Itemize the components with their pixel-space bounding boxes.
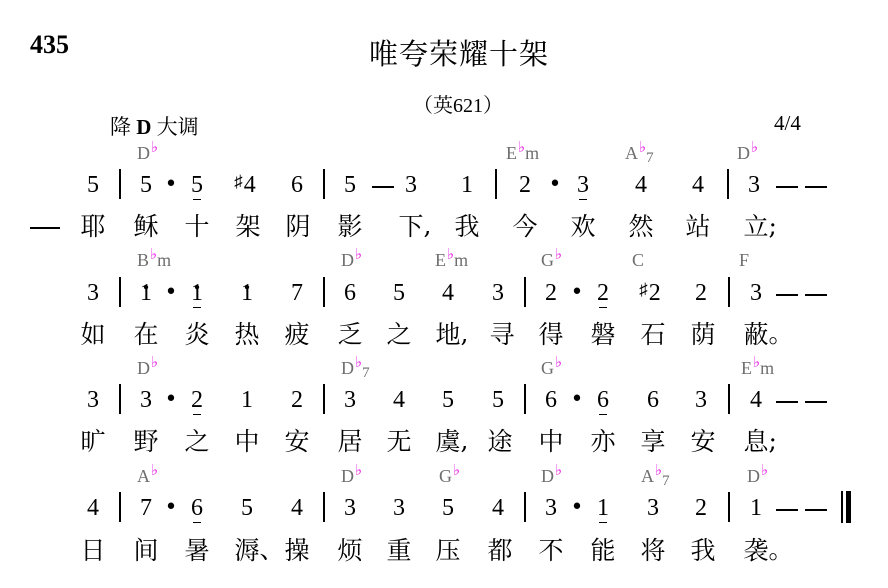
lyric-punctuation: 。 xyxy=(769,535,794,565)
note-digit: 3 xyxy=(344,387,356,413)
chord-quality: 7 xyxy=(646,150,654,166)
octave-dot-icon: ● xyxy=(244,274,250,302)
lyric-syllable: 炎 xyxy=(184,320,209,350)
note: 1 xyxy=(241,386,253,414)
note: 5 xyxy=(191,171,203,199)
note-digit: 4 xyxy=(291,495,303,521)
note: 2 xyxy=(695,494,707,522)
note: 5 xyxy=(442,386,454,414)
note-digit: 5 xyxy=(442,387,454,413)
lyric-char: 炎 xyxy=(184,320,209,349)
note: 5 xyxy=(492,386,504,414)
lyric-syllable: 安 xyxy=(284,427,309,457)
flat-icon: ♭ xyxy=(151,355,158,371)
lyric-syllable: 压 xyxy=(435,536,460,566)
note-digit: 7 xyxy=(140,495,152,521)
lyric-punctuation: , xyxy=(424,211,432,241)
extension-dash xyxy=(805,401,827,403)
chord-root: B xyxy=(137,250,149,270)
note-digit: 3 xyxy=(577,172,589,198)
chord-quality: m xyxy=(157,250,171,270)
lyric-syllable: 之 xyxy=(386,320,411,350)
lyric-char: 今 xyxy=(512,212,537,241)
bar-line xyxy=(119,384,121,414)
lyric-char: 暑 xyxy=(184,536,209,565)
extension-dash xyxy=(805,186,827,188)
lyric-punctuation: , xyxy=(461,426,469,456)
note-digit: 4 xyxy=(244,172,256,198)
chord-root: G xyxy=(541,358,554,378)
chord-root: D xyxy=(737,143,750,163)
flat-icon: ♭ xyxy=(751,140,758,156)
bar-line xyxy=(119,492,121,522)
augmentation-dot: • xyxy=(165,171,178,199)
lyric-char: 间 xyxy=(133,536,158,565)
note: 6 xyxy=(291,171,303,199)
note-digit: 2 xyxy=(695,280,707,306)
note-digit: 6 xyxy=(191,495,203,521)
lyric-char: 地, xyxy=(435,320,460,349)
lyric-char: 热 xyxy=(234,320,259,349)
lyric-syllable: 不 xyxy=(538,536,563,566)
chord-root: D xyxy=(541,466,554,486)
note: 5 xyxy=(442,494,454,522)
note: 6 xyxy=(344,279,356,307)
lyric-char: 乏 xyxy=(337,320,362,349)
chord-symbol: G♭ xyxy=(541,358,562,379)
note: 5 xyxy=(393,279,405,307)
note-digit: 1 xyxy=(461,172,473,198)
note: 2 xyxy=(597,279,609,307)
augmentation-dot: • xyxy=(571,386,584,414)
lyric-syllable: 重 xyxy=(386,536,411,566)
note: 4 xyxy=(87,494,99,522)
note: 4 xyxy=(635,171,647,199)
lyric-char: 能 xyxy=(590,536,615,565)
note: 4 xyxy=(692,171,704,199)
bar-line xyxy=(727,169,729,199)
bar-line xyxy=(524,277,526,307)
note: 3 xyxy=(695,386,707,414)
chord-symbol: A♭ xyxy=(137,466,158,487)
lyric-char: 欢 xyxy=(570,212,595,241)
note-digit: 6 xyxy=(344,280,356,306)
sharp-icon: ♯ xyxy=(639,280,648,299)
lyric-syllable: 下, xyxy=(398,212,423,242)
note: 4 xyxy=(492,494,504,522)
chord-root: E xyxy=(435,250,446,270)
note-digit: 1● xyxy=(140,280,152,306)
note: 7 xyxy=(140,494,152,522)
augmentation-dot: • xyxy=(165,279,178,307)
lyric-char: 我 xyxy=(690,536,715,565)
note-digit: 3 xyxy=(393,495,405,521)
note: 4 xyxy=(291,494,303,522)
lyric-char: 影 xyxy=(337,212,362,241)
lyric-punctuation: ; xyxy=(769,426,777,456)
lyric-syllable: 稣 xyxy=(133,212,158,242)
note: 3 xyxy=(647,494,659,522)
bar-line xyxy=(728,384,730,414)
chord-symbol: D♭ xyxy=(341,250,362,271)
lyric-char: 重 xyxy=(386,536,411,565)
flat-icon: ♭ xyxy=(555,355,562,371)
lyric-char: 得 xyxy=(538,320,563,349)
note: 3 xyxy=(577,171,589,199)
lyric-punctuation: 、 xyxy=(260,535,285,565)
bar-line xyxy=(524,492,526,522)
note: 1 xyxy=(597,494,609,522)
note-digit: 1 xyxy=(597,495,609,521)
note: 3 xyxy=(344,386,356,414)
lyric-syllable: 都 xyxy=(487,536,512,566)
hymn-title: 唯夸荣耀十架 xyxy=(0,32,888,73)
lyric-char: 磐 xyxy=(590,320,615,349)
chord-symbol: D♭ xyxy=(747,466,768,487)
lyric-syllable: 能 xyxy=(590,536,615,566)
lyric-char: 袭。 xyxy=(743,536,768,565)
flat-icon: ♭ xyxy=(151,140,158,156)
lyric-char: 压 xyxy=(435,536,460,565)
note-digit: 5 xyxy=(87,172,99,198)
lyric-syllable: 享 xyxy=(640,427,665,457)
note: 3 xyxy=(140,386,152,414)
lyric-char: 旷 xyxy=(80,427,105,456)
lyric-char: 稣 xyxy=(133,212,158,241)
extension-dash xyxy=(805,294,827,296)
lyric-char: 如 xyxy=(80,320,105,349)
note: 6 xyxy=(191,494,203,522)
lyric-syllable: 耶 xyxy=(80,212,105,242)
chord-root: D xyxy=(137,358,150,378)
final-barline-thick xyxy=(846,491,851,523)
lyric-char: 野 xyxy=(133,427,158,456)
flat-icon: ♭ xyxy=(753,355,760,371)
lyric-syllable: 暑 xyxy=(184,536,209,566)
chord-symbol: D♭7 xyxy=(341,358,370,379)
note-digit: 3 xyxy=(344,495,356,521)
note: 3 xyxy=(87,279,99,307)
augmentation-dot: • xyxy=(165,494,178,522)
chord-root: D xyxy=(341,250,354,270)
note: 6 xyxy=(597,386,609,414)
lyric-syllable: 溽、 xyxy=(234,536,259,566)
note-digit: 2 xyxy=(597,280,609,306)
chord-symbol: F xyxy=(739,250,749,271)
flat-icon: ♭ xyxy=(447,247,454,263)
lyric-syllable: 架 xyxy=(235,212,260,242)
lyric-syllable: 今 xyxy=(512,212,537,242)
note-digit: 3 xyxy=(87,280,99,306)
lyric-char: 耶 xyxy=(80,212,105,241)
chord-root: G xyxy=(439,466,452,486)
note-digit: 5 xyxy=(191,172,203,198)
lyric-syllable: 中 xyxy=(538,427,563,457)
note: 5 xyxy=(140,171,152,199)
lyric-char: 之 xyxy=(386,320,411,349)
lyric-char: 烦 xyxy=(337,536,362,565)
note-digit: 4 xyxy=(692,172,704,198)
bar-line xyxy=(119,277,121,307)
note: ♯2 xyxy=(639,279,661,309)
note: 2 xyxy=(695,279,707,307)
lyric-char: 安 xyxy=(690,427,715,456)
note-digit: 4 xyxy=(635,172,647,198)
chord-root: C xyxy=(632,250,644,270)
lyric-syllable: 站 xyxy=(685,212,710,242)
key-signature: 降 D 大调 xyxy=(110,111,199,141)
note-digit: 4 xyxy=(492,495,504,521)
lyric-syllable: 操 xyxy=(284,536,309,566)
lyric-char: 阴 xyxy=(285,212,310,241)
bar-line xyxy=(728,492,730,522)
lyric-syllable: 荫 xyxy=(690,320,715,350)
bar-line xyxy=(323,169,325,199)
lyric-syllable: 蔽。 xyxy=(743,320,768,350)
lyric-char: 站 xyxy=(685,212,710,241)
lyric-punctuation: 。 xyxy=(769,319,794,349)
lyric-syllable: 间 xyxy=(133,536,158,566)
note-digit: 3 xyxy=(87,387,99,413)
lyric-syllable: 热 xyxy=(234,320,259,350)
note-digit: 1 xyxy=(241,387,253,413)
lyric-char: 虞, xyxy=(435,427,460,456)
lyric-char: 无 xyxy=(386,427,411,456)
note-digit: 3 xyxy=(750,280,762,306)
key-letter: D xyxy=(136,115,151,139)
lyric-char: 架 xyxy=(235,212,260,241)
extension-dash xyxy=(776,186,798,188)
chord-symbol: D♭ xyxy=(541,466,562,487)
lyric-syllable: 安 xyxy=(690,427,715,457)
note: 2 xyxy=(519,171,531,199)
flat-icon: ♭ xyxy=(555,463,562,479)
note-digit: 2 xyxy=(695,495,707,521)
augmentation-dot: • xyxy=(571,494,584,522)
flat-icon: ♭ xyxy=(453,463,460,479)
lyric-char: 蔽。 xyxy=(743,320,768,349)
lyric-syllable: 旷 xyxy=(80,427,105,457)
lyric-char: 下, xyxy=(398,212,423,241)
note-digit: 6 xyxy=(545,387,557,413)
chord-symbol: D♭ xyxy=(737,143,758,164)
lyric-punctuation: ; xyxy=(769,211,777,241)
note: 7 xyxy=(291,279,303,307)
chord-quality: 7 xyxy=(662,473,670,489)
flat-icon: ♭ xyxy=(518,140,525,156)
note: 5 xyxy=(241,494,253,522)
lyric-char: 荫 xyxy=(690,320,715,349)
note-digit: 3 xyxy=(695,387,707,413)
note: 1 xyxy=(461,171,473,199)
lyric-syllable: 无 xyxy=(386,427,411,457)
lyric-char: 都 xyxy=(487,536,512,565)
lyric-syllable: 欢 xyxy=(570,212,595,242)
lyric-syllable: 途 xyxy=(487,427,512,457)
note-digit: 6 xyxy=(647,387,659,413)
note: 3 xyxy=(545,494,557,522)
lyric-char: 操 xyxy=(284,536,309,565)
flat-icon: ♭ xyxy=(355,463,362,479)
bar-line xyxy=(119,169,121,199)
lyric-char: 然 xyxy=(628,212,653,241)
chord-symbol: B♭m xyxy=(137,250,171,271)
lyric-char: 息; xyxy=(743,427,768,456)
flat-icon: ♭ xyxy=(555,247,562,263)
lyric-char: 中 xyxy=(234,427,259,456)
note: 3 xyxy=(87,386,99,414)
augmentation-dot: • xyxy=(165,386,178,414)
lyric-char: 寻 xyxy=(489,320,514,349)
lyric-syllable: 十 xyxy=(184,212,209,242)
lyric-syllable: 息; xyxy=(743,427,768,457)
lyric-syllable: 如 xyxy=(80,320,105,350)
lyric-char: 享 xyxy=(640,427,665,456)
lyric-syllable: 石 xyxy=(640,320,665,350)
lyric-char: 疲 xyxy=(284,320,309,349)
octave-dot-icon: ● xyxy=(194,274,200,302)
note: 2 xyxy=(291,386,303,414)
augmentation-dot: • xyxy=(549,171,562,199)
octave-dot-icon: ● xyxy=(143,274,149,302)
lyric-char: 十 xyxy=(184,212,209,241)
chord-symbol: D♭ xyxy=(341,466,362,487)
extension-dash xyxy=(776,294,798,296)
chord-quality: m xyxy=(525,143,539,163)
flat-icon: ♭ xyxy=(150,247,157,263)
flat-icon: ♭ xyxy=(355,247,362,263)
augmentation-dot: • xyxy=(571,279,584,307)
note-digit: 5 xyxy=(241,495,253,521)
lyric-syllable: 寻 xyxy=(489,320,514,350)
lyric-char: 立; xyxy=(743,212,768,241)
note-digit: 5 xyxy=(344,172,356,198)
note-digit: 2 xyxy=(291,387,303,413)
lyric-char: 之 xyxy=(184,427,209,456)
chord-root: A xyxy=(137,466,150,486)
note: 1 xyxy=(750,494,762,522)
note: ♯4 xyxy=(234,171,256,201)
chord-root: D xyxy=(341,358,354,378)
chord-root: F xyxy=(739,250,749,270)
bar-line xyxy=(323,492,325,522)
chord-symbol: A♭7 xyxy=(641,466,670,487)
lyric-syllable: 然 xyxy=(628,212,653,242)
note: 1● xyxy=(140,279,152,307)
lyric-syllable: 将 xyxy=(640,536,665,566)
lyric-char: 不 xyxy=(538,536,563,565)
note-digit: 5 xyxy=(393,280,405,306)
lyric-char: 中 xyxy=(538,427,563,456)
lyric-char: 途 xyxy=(487,427,512,456)
note-digit: 1● xyxy=(241,280,253,306)
note-digit: 2 xyxy=(649,280,661,306)
lyric-syllable: 居 xyxy=(337,427,362,457)
note: 1● xyxy=(241,279,253,307)
note: 3 xyxy=(344,494,356,522)
lyric-continuation-dash xyxy=(30,227,60,229)
bar-line xyxy=(524,384,526,414)
key-suffix: 大调 xyxy=(157,115,199,139)
note-digit: 7 xyxy=(291,280,303,306)
chord-quality: m xyxy=(760,358,774,378)
lyric-syllable: 得 xyxy=(538,320,563,350)
note: 3 xyxy=(492,279,504,307)
lyric-punctuation: , xyxy=(461,319,469,349)
note-digit: 2 xyxy=(545,280,557,306)
note: 2 xyxy=(545,279,557,307)
chord-symbol: D♭ xyxy=(137,143,158,164)
note-digit: 6 xyxy=(291,172,303,198)
note-digit: 5 xyxy=(492,387,504,413)
lyric-syllable: 之 xyxy=(184,427,209,457)
note-digit: 2 xyxy=(191,387,203,413)
lyric-char: 日 xyxy=(80,536,105,565)
chord-symbol: D♭ xyxy=(137,358,158,379)
chord-root: G xyxy=(541,250,554,270)
note: 3 xyxy=(748,171,760,199)
chord-symbol: G♭ xyxy=(439,466,460,487)
lyric-char: 亦 xyxy=(590,427,615,456)
note-digit: 4 xyxy=(750,387,762,413)
extension-dash xyxy=(776,401,798,403)
chord-quality: 7 xyxy=(362,365,370,381)
lyric-syllable: 野 xyxy=(133,427,158,457)
note: 2 xyxy=(191,386,203,414)
bar-line xyxy=(323,384,325,414)
note-digit: 6 xyxy=(597,387,609,413)
key-prefix: 降 xyxy=(110,115,131,139)
bar-line xyxy=(323,277,325,307)
lyric-syllable: 影 xyxy=(337,212,362,242)
lyric-char: 石 xyxy=(640,320,665,349)
final-barline-thin xyxy=(841,491,843,523)
note: 4 xyxy=(750,386,762,414)
note-digit: 1● xyxy=(191,280,203,306)
lyric-syllable: 阴 xyxy=(285,212,310,242)
lyric-syllable: 在 xyxy=(133,320,158,350)
lyric-syllable: 亦 xyxy=(590,427,615,457)
note-digit: 2 xyxy=(519,172,531,198)
note-digit: 5 xyxy=(442,495,454,521)
chord-symbol: E♭m xyxy=(741,358,774,379)
lyric-syllable: 袭。 xyxy=(743,536,768,566)
lyric-syllable: 立; xyxy=(743,212,768,242)
chord-symbol: C xyxy=(632,250,644,271)
note-digit: 3 xyxy=(405,172,417,198)
note: 3 xyxy=(405,171,417,199)
chord-root: D xyxy=(747,466,760,486)
lyric-char: 我 xyxy=(454,212,479,241)
bar-line xyxy=(495,169,497,199)
chord-root: E xyxy=(506,143,517,163)
lyric-char: 溽、 xyxy=(234,536,259,565)
extension-dash xyxy=(805,509,827,511)
bar-line xyxy=(728,277,730,307)
note: 5 xyxy=(87,171,99,199)
sharp-icon: ♯ xyxy=(234,172,243,191)
lyric-syllable: 中 xyxy=(234,427,259,457)
chord-symbol: E♭m xyxy=(506,143,539,164)
lyric-syllable: 日 xyxy=(80,536,105,566)
note-digit: 3 xyxy=(748,172,760,198)
note: 6 xyxy=(545,386,557,414)
lyric-syllable: 疲 xyxy=(284,320,309,350)
lyric-char: 将 xyxy=(640,536,665,565)
note: 4 xyxy=(393,386,405,414)
time-signature: 4/4 xyxy=(774,111,801,136)
note: 3 xyxy=(750,279,762,307)
